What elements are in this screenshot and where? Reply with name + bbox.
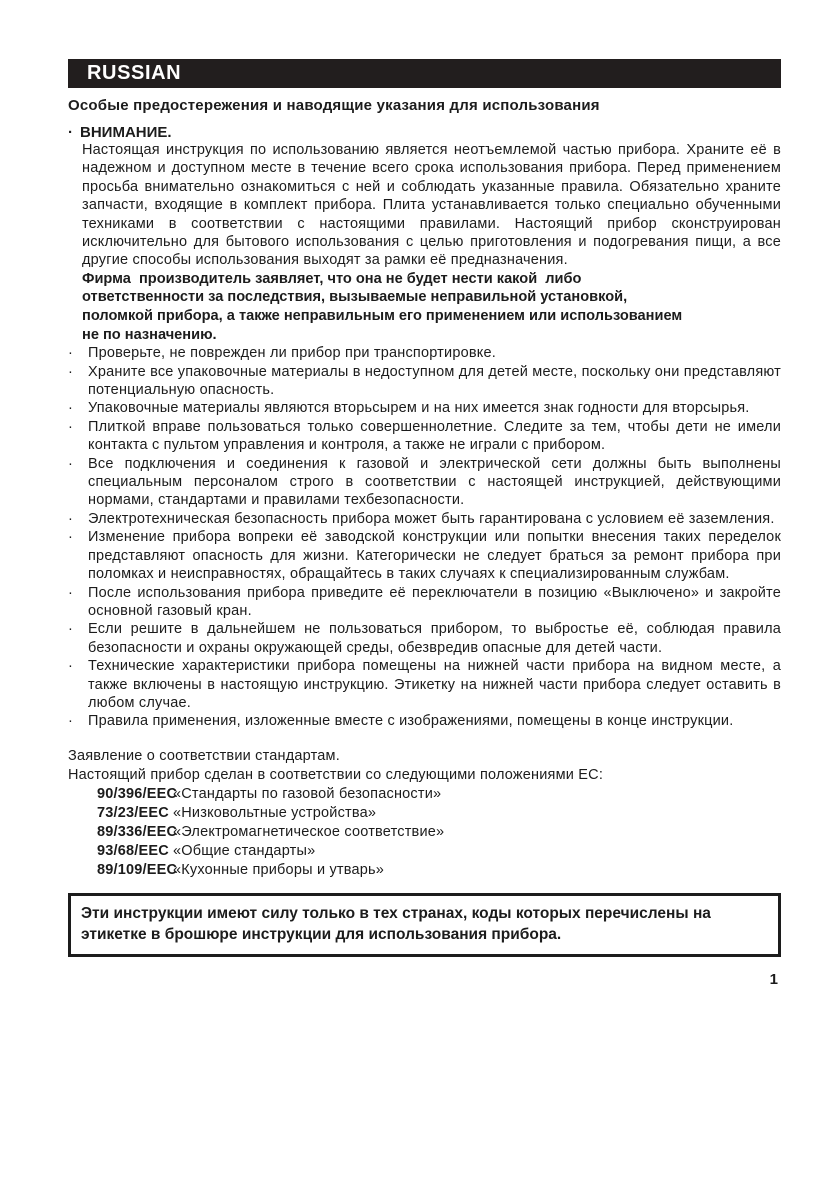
directive-code: 89/109/EEC <box>97 861 173 880</box>
page-title: Особые предостережения и наводящие указа… <box>68 97 781 114</box>
list-item: · Храните все упаковочные материалы в не… <box>68 363 781 400</box>
bullet-glyph: · <box>68 620 88 657</box>
compliance-heading: Заявление о соответствии стандартам. <box>68 747 781 766</box>
document-page: RUSSIAN Особые предостережения и наводящ… <box>0 0 838 1190</box>
list-item: · Технические характеристики прибора пом… <box>68 657 781 712</box>
bullet-glyph: · <box>68 418 88 455</box>
list-item-text: Если решите в дальнейшем не пользоваться… <box>88 620 781 657</box>
bullet-glyph: · <box>68 124 80 141</box>
directive-code: 90/396/EEC <box>97 785 173 804</box>
bullet-glyph: · <box>68 510 88 528</box>
notice-box-text: Эти инструкции имеют силу только в тех с… <box>81 905 711 943</box>
list-item-text: Упаковочные материалы являются вторьсыре… <box>88 399 781 417</box>
bullet-glyph: · <box>68 657 88 712</box>
attention-heading: · ВНИМАНИЕ. <box>68 124 781 141</box>
directive-description: «Общие стандарты» <box>173 842 315 861</box>
list-item-text: Изменение прибора вопреки её заводской к… <box>88 528 781 583</box>
language-banner-label: RUSSIAN <box>87 62 181 85</box>
directive-code: 89/336/EEC <box>97 823 173 842</box>
list-item-text: Проверьте, не поврежден ли прибор при тр… <box>88 344 781 362</box>
page-content: RUSSIAN Особые предостережения и наводящ… <box>0 0 838 988</box>
bullet-glyph: · <box>68 712 88 730</box>
manufacturer-statement-line: ответственности за последствия, вызываем… <box>82 288 781 307</box>
directive-code: 73/23/EEC <box>97 804 173 823</box>
language-banner: RUSSIAN <box>68 59 781 88</box>
manufacturer-statement-line: не по назначению. <box>82 326 781 345</box>
list-item: · Правила применения, изложенные вместе … <box>68 712 781 730</box>
directive-row: 89/336/EEC «Электромагнетическое соответ… <box>68 823 781 842</box>
list-item-text: Плиткой вправе пользоваться только совер… <box>88 418 781 455</box>
bullet-glyph: · <box>68 584 88 621</box>
list-item: · Если решите в дальнейшем не пользовать… <box>68 620 781 657</box>
bullet-glyph: · <box>68 399 88 417</box>
directive-row: 93/68/EEC «Общие стандарты» <box>68 842 781 861</box>
directive-row: 90/396/EEC «Стандарты по газовой безопас… <box>68 785 781 804</box>
directive-description: «Низковольтные устройства» <box>173 804 376 823</box>
directive-row: 73/23/EEC «Низковольтные устройства» <box>68 804 781 823</box>
list-item: · Изменение прибора вопреки её заводской… <box>68 528 781 583</box>
attention-paragraph: Настоящая инструкция по использованию яв… <box>82 141 781 270</box>
bullet-glyph: · <box>68 363 88 400</box>
directive-code: 93/68/EEC <box>97 842 173 861</box>
list-item: · Электротехническая безопасность прибор… <box>68 510 781 528</box>
compliance-intro: Настоящий прибор сделан в соответствии с… <box>68 766 781 785</box>
manufacturer-statement-line: Фирма производитель заявляет, что она не… <box>82 270 781 289</box>
attention-heading-label: ВНИМАНИЕ. <box>80 124 172 141</box>
list-item-text: Технические характеристики прибора помещ… <box>88 657 781 712</box>
safety-bullet-list: · Проверьте, не поврежден ли прибор при … <box>68 344 781 731</box>
list-item-text: Электротехническая безопасность прибора … <box>88 510 781 528</box>
directive-description: «Кухонные приборы и утварь» <box>173 861 384 880</box>
manufacturer-statement: Фирма производитель заявляет, что она не… <box>82 270 781 344</box>
list-item: · Проверьте, не поврежден ли прибор при … <box>68 344 781 362</box>
list-item-text: Правила применения, изложенные вместе с … <box>88 712 781 730</box>
list-item-text: После использования прибора приведите её… <box>88 584 781 621</box>
directive-description: «Электромагнетическое соответствие» <box>173 823 444 842</box>
page-number: 1 <box>68 971 781 988</box>
bullet-glyph: · <box>68 455 88 510</box>
list-item-text: Храните все упаковочные материалы в недо… <box>88 363 781 400</box>
manufacturer-statement-line: поломкой прибора, а также неправильным е… <box>82 307 781 326</box>
bullet-glyph: · <box>68 344 88 362</box>
compliance-section: Заявление о соответствии стандартам. Нас… <box>68 747 781 880</box>
bullet-glyph: · <box>68 528 88 583</box>
list-item: · После использования прибора приведите … <box>68 584 781 621</box>
list-item-text: Все подключения и соединения к газовой и… <box>88 455 781 510</box>
notice-box: Эти инструкции имеют силу только в тех с… <box>68 893 781 957</box>
directive-row: 89/109/EEC «Кухонные приборы и утварь» <box>68 861 781 880</box>
directive-description: «Стандарты по газовой безопасности» <box>173 785 441 804</box>
list-item: · Все подключения и соединения к газовой… <box>68 455 781 510</box>
list-item: · Упаковочные материалы являются вторьсы… <box>68 399 781 417</box>
list-item: · Плиткой вправе пользоваться только сов… <box>68 418 781 455</box>
